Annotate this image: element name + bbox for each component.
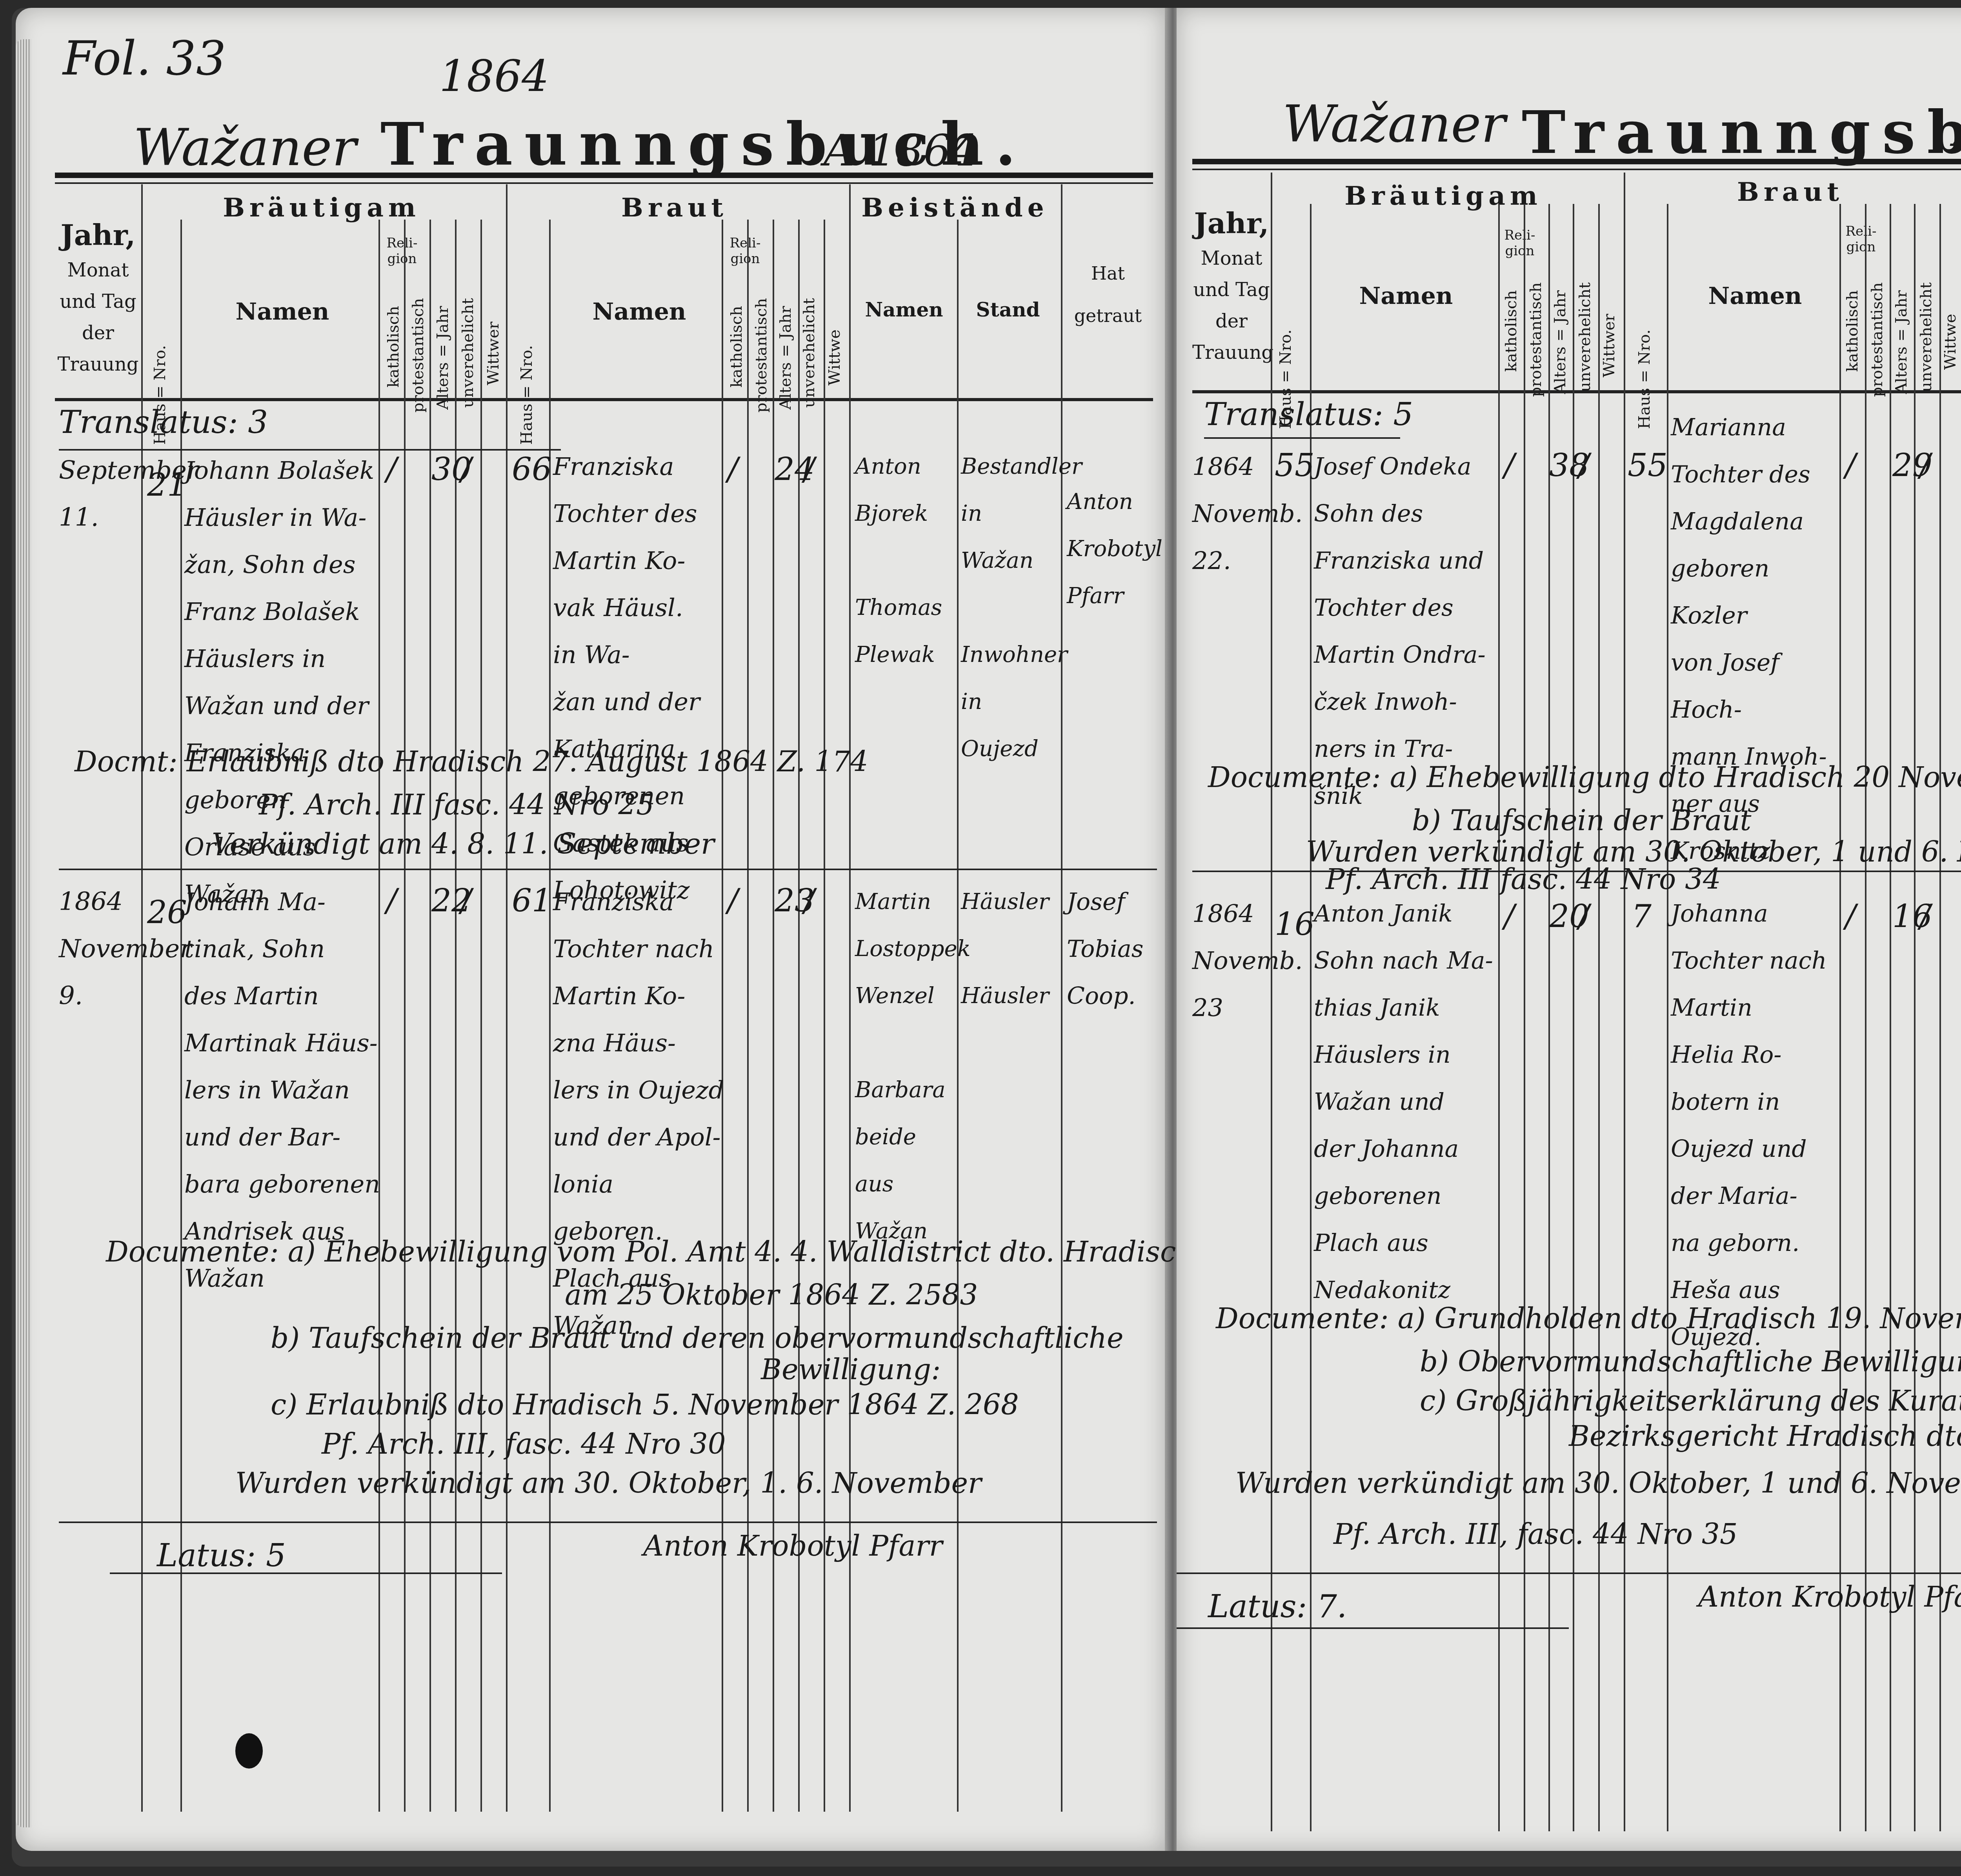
header-bride-religion: Reli-gion — [1839, 224, 1883, 255]
entry-document: Wurden verkündigt am 30. Oktober, 1 und … — [1235, 1467, 1961, 1500]
header-catholic: katholisch — [1502, 290, 1520, 372]
entry-document: Bezirksgericht Hradisch dto 20. Oktober … — [1569, 1420, 1961, 1452]
entry-groom-name: Anton Janik Sohn nach Ma- thias Janik Hä… — [1314, 890, 1498, 1314]
header-witnesses: Beistände — [851, 192, 1059, 223]
folio-number: Fol. 33 — [63, 31, 226, 86]
header-protestant: protestantisch — [752, 298, 770, 413]
header-witness-name: Namen — [851, 298, 957, 321]
header-age: Alters = Jahr — [777, 306, 795, 410]
entry-bride-catholic: / — [1845, 898, 1856, 934]
entry-bride-catholic: / — [1845, 447, 1856, 484]
header-bride-house: Haus = Nro. — [1635, 329, 1654, 429]
carried-over: Translatus: 5 — [1204, 396, 1413, 433]
header-widower: Wittwer — [484, 322, 502, 385]
header-groom-name: Namen — [188, 298, 377, 325]
entry-officiant: Anton Krobotyl Pfarr — [1067, 478, 1153, 620]
entry-groom-catholic: / — [386, 451, 397, 487]
entry-bride-unmarried: / — [1920, 447, 1930, 484]
entry-date: 1864 Novemb. 22. — [1192, 443, 1271, 584]
entry-document: b) Obervormundschaftliche Bewilligung de… — [1420, 1345, 1961, 1378]
header-protestant: protestantisch — [1527, 282, 1545, 397]
header-age: Alters = Jahr — [1892, 290, 1910, 394]
header-catholic: katholisch — [384, 306, 402, 387]
entry-date: 1864 November 9. — [59, 878, 141, 1020]
header-catholic: katholisch — [728, 306, 746, 387]
year-header: 1864 — [439, 51, 549, 101]
entry-date: 1864 Novemb. 23 — [1192, 890, 1271, 1031]
header-unmarried: unverehelicht — [459, 298, 477, 408]
header-date: Jahr, Monat und Tag der Trauung — [55, 220, 141, 380]
entry-bride-house: 55 — [1628, 447, 1668, 484]
header-witness-status: Stand — [957, 298, 1059, 321]
book-title: Traunngsbuch. — [1522, 98, 1961, 167]
left-page: Fol. 33 1864 Wažaner Traunngsbuch. A 186… — [16, 8, 1165, 1851]
header-unmarried: unverehelicht — [1917, 282, 1935, 392]
entry-document: Documente: a) Ehebewilligung vom Pol. Am… — [106, 1235, 1194, 1268]
header-bride: Braut — [510, 192, 839, 223]
entry-document: c) Großjährigkeitserklärung des Kurators… — [1420, 1384, 1961, 1417]
entry-document: Verkündigt am 4. 8. 11. September — [212, 827, 714, 860]
entry-witness-status: Bestandler in Wažan Inwohner in Oujezd — [961, 443, 1063, 773]
entry-groom-unmarried: / — [461, 451, 471, 487]
header-unmarried: unverehelicht — [800, 298, 818, 408]
entry-groom-catholic: / — [386, 882, 397, 919]
entry-bride-unmarried: / — [804, 882, 815, 919]
entry-document: Documente: a) Grundholden dto Hradisch 1… — [1216, 1302, 1961, 1335]
header-bride-house: Haus = Nro. — [518, 345, 536, 445]
entry-groom-unmarried: / — [1579, 898, 1589, 934]
entry-bride-unmarried: / — [1920, 898, 1930, 934]
header-officiant: Hatgetraut — [1063, 263, 1153, 326]
entry-bride-house: 7 — [1632, 898, 1652, 934]
header-catholic: katholisch — [1843, 290, 1861, 372]
entry-bride-catholic: / — [728, 451, 738, 487]
pastor-signature: Anton Krobotyl Pfarr — [643, 1529, 942, 1562]
entry-groom-house: 21 — [147, 467, 187, 503]
entry-groom-unmarried: / — [461, 882, 471, 919]
entry-bride-unmarried: / — [804, 451, 815, 487]
entry-bride-catholic: / — [728, 882, 738, 919]
page-total: Latus: 7. — [1208, 1588, 1347, 1625]
header-bride-name: Namen — [553, 298, 726, 325]
header-age: Alters = Jahr — [434, 306, 452, 410]
entry-groom-catholic: / — [1504, 447, 1515, 484]
entry-document: Pf. Arch. III, fasc. 44 Nro 30 — [322, 1427, 726, 1460]
book-year: A 1864 — [824, 125, 978, 176]
place-name: Wažaner — [1282, 94, 1506, 154]
page-edges — [16, 39, 31, 1827]
header-date: Jahr, Monat und Tag der Trauung — [1192, 208, 1271, 368]
entry-groom-house: 16 — [1275, 906, 1315, 942]
entry-document: b) Taufschein der Braut — [1412, 804, 1752, 837]
entry-document: Bewilligung: — [761, 1353, 940, 1386]
book-year: A 1864 — [1953, 106, 1961, 156]
entry-groom-house: 26 — [147, 894, 187, 931]
entry-witness-names: Martin Lostoppek Wenzel Barbara beide au… — [855, 878, 957, 1255]
header-protestant: protestantisch — [1868, 282, 1886, 397]
header-widow: Wittwe — [1941, 314, 1959, 370]
entry-bride-name: Johanna Tochter nach Martin Helia Ro- bo… — [1671, 890, 1839, 1361]
header-bride-name: Namen — [1671, 282, 1839, 310]
entry-witness-status: Häusler Häusler — [961, 878, 1063, 1020]
header-groom-religion: Reli-gion — [380, 235, 424, 267]
entry-document: Pf. Arch. III, fasc. 44 Nro 35 — [1333, 1518, 1738, 1551]
entry-document: Documente: a) Ehebewilligung dto Hradisc… — [1208, 761, 1961, 794]
entry-groom-catholic: / — [1504, 898, 1515, 934]
header-protestant: protestantisch — [409, 298, 427, 413]
header-groom-name: Namen — [1314, 282, 1498, 310]
header-age: Alters = Jahr — [1551, 290, 1569, 394]
entry-groom-house: 55 — [1275, 447, 1315, 484]
carried-over: Translatus: 3 — [59, 404, 268, 440]
right-page: Wažaner Traunngsbuch. A 1864 Fol. 34 Brä… — [1177, 8, 1961, 1851]
header-bride-religion: Reli-gion — [724, 235, 767, 267]
entry-bride-house: 66 — [512, 451, 552, 487]
entry-date: September 11. — [59, 447, 141, 541]
entry-document: am 25 Oktober 1864 Z. 2583 — [565, 1278, 978, 1311]
entry-groom-unmarried: / — [1579, 447, 1589, 484]
entry-document: Pf. Arch. III fasc. 44 Nro 25 — [259, 788, 654, 821]
pastor-signature: Anton Krobotyl Pfarr — [1698, 1580, 1961, 1613]
header-unmarried: unverehelicht — [1576, 282, 1594, 392]
header-bride: Braut — [1620, 176, 1961, 207]
entry-officiant: Josef Tobias Coop. — [1067, 878, 1153, 1020]
entry-document: Docmt: Erlaubniß dto Hradisch 27. August… — [75, 745, 868, 778]
entry-document: b) Taufschein der Braut und deren obervo… — [271, 1322, 1124, 1354]
header-groom-religion: Reli-gion — [1498, 227, 1541, 259]
header-widower: Wittwer — [1600, 314, 1618, 377]
header-groom: Bräutigam — [1267, 180, 1620, 211]
header-groom: Bräutigam — [145, 192, 498, 223]
ink-blot — [235, 1733, 263, 1769]
page-total: Latus: 5 — [157, 1537, 286, 1574]
entry-witness-names: Anton Bjorek Thomas Plewak — [855, 443, 957, 678]
entry-document: c) Erlaubniß dto Hradisch 5. November 18… — [271, 1388, 1019, 1421]
entry-document: Wurden verkündigt am 30. Oktober, 1. 6. … — [235, 1467, 982, 1500]
header-widow: Wittwe — [826, 329, 844, 385]
place-name: Wažaner — [133, 118, 357, 177]
entry-bride-house: 61 — [512, 882, 552, 919]
